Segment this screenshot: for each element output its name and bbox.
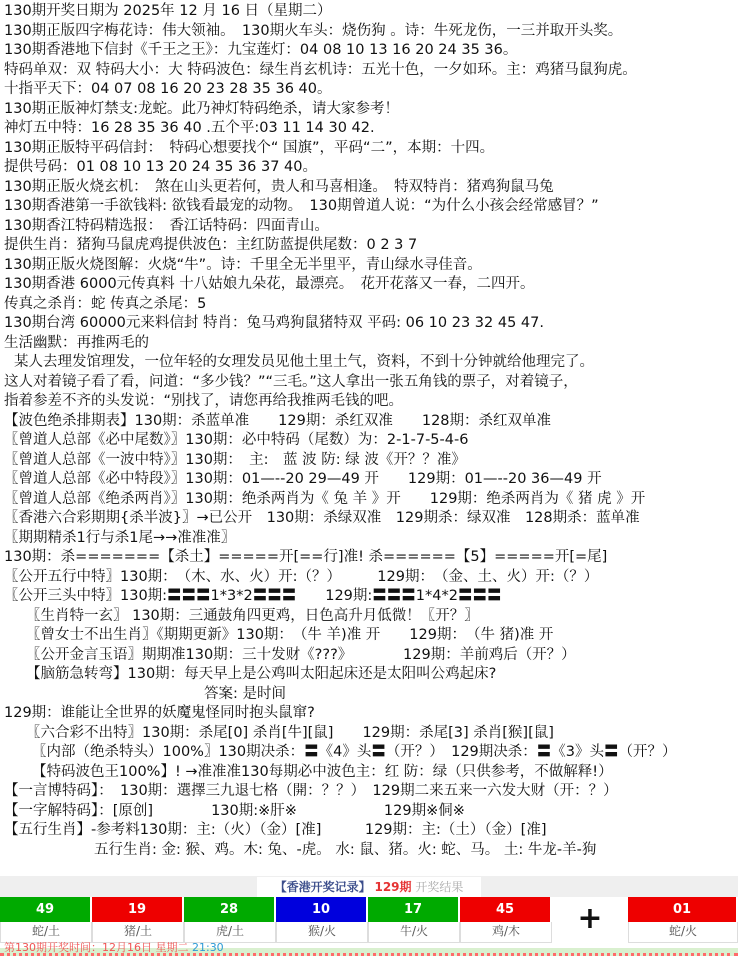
result-column: 01蛇/火 [628, 897, 738, 943]
text-line: 129期：谁能让全世界的妖魔鬼怪同时抱头鼠窜? [0, 704, 738, 724]
fax-sheet-page: 130期开奖日期为 2025年 12 月 16 日（星期二）130期正版四字梅花… [0, 0, 738, 956]
next-draw-footer: 第130期开奖时间：12月16日 星期二 21:30 [0, 948, 738, 956]
text-line: 130期：杀=======【杀土】=====开[==行]准! 杀======【5… [0, 548, 738, 568]
text-line: 指着参差不齐的头发说：“别找了，请您再给我推两毛钱的吧。 [0, 392, 738, 412]
tips-text-block: 130期开奖日期为 2025年 12 月 16 日（星期二）130期正版四字梅花… [0, 0, 738, 860]
text-line: 【一言博特码】： 130期：選擇三九退七格（開：？？） 129期二来五来一六发大… [0, 782, 738, 802]
lottery-record-band: 【香港开奖记录】 129期 开奖结果 [0, 876, 738, 897]
text-line: 〖期期精杀1行与杀1尾→→准准准〗 [0, 529, 738, 549]
text-line: 130期正版神灯禁支:龙蛇。此乃神灯特码绝杀，请大家参考！ [0, 100, 738, 120]
text-line: 【特码波色王100%】! →准准准130每期必中波色主：红 防：绿（只供参考，不… [0, 763, 738, 783]
result-zodiac-element: 虎/土 [184, 922, 276, 943]
result-zodiac-element: 猴/火 [276, 922, 368, 943]
lottery-record-header: 【香港开奖记录】 129期 开奖结果 [257, 877, 482, 898]
record-issue: 129期 [374, 880, 411, 894]
text-line: 某人去理发馆理发，一位年轻的女理发员见他土里土气，资料，不到十分钟就给他理完了。 [0, 353, 738, 373]
text-line: 五行生肖: 金: 猴、鸡。木: 兔、-虎。 水: 鼠、猪。火: 蛇、马。 土: … [0, 841, 738, 861]
result-column: 19猪/土 [92, 897, 184, 943]
result-ball-number: 01 [628, 897, 738, 922]
next-draw-text: 第130期开奖时间：12月16日 星期二 [4, 941, 192, 954]
text-line: 答案: 是时间 [0, 685, 738, 705]
result-zodiac-element: 鸡/木 [460, 922, 552, 943]
text-line: 【五行生肖】-参考料130期：主:（火）（金）[准] 129期：主:（土）（金）… [0, 821, 738, 841]
text-line: 〖公开金言玉语〗期期准130期：三十发财《???》 129期：羊前鸡后（开？） [0, 646, 738, 666]
text-line: 130期香江特码精选报： 香江话特码：四面青山。 [0, 217, 738, 237]
text-line: 130期开奖日期为 2025年 12 月 16 日（星期二） [0, 2, 738, 22]
text-line: 这人对着镜子看了看，问道：“多少钱？”“三毛。”这人拿出一张五角钱的票子，对着镜… [0, 373, 738, 393]
text-line: 130期台湾 60000元来料信封 特肖：兔马鸡狗鼠猪特双 平码: 06 10 … [0, 314, 738, 334]
text-line: 〖公开三头中特〗130期:〓〓〓1*3*2〓〓〓 129期:〓〓〓1*4*2〓〓… [0, 587, 738, 607]
result-zodiac-element: 蛇/火 [628, 922, 738, 943]
result-zodiac-element: 牛/火 [368, 922, 460, 943]
result-column: 49蛇/土 [0, 897, 92, 943]
text-line: 130期正版四字梅花诗：伟大领袖。 130期火车头：烧伤狗 。诗：牛死龙伤，一三… [0, 22, 738, 42]
text-line: 十指平天下：04 07 08 16 20 23 28 35 36 40。 [0, 80, 738, 100]
result-zodiac-element: 猪/土 [92, 922, 184, 943]
text-line: 【脑筋急转弯】130期：每天早上是公鸡叫太阳起床还是太阳叫公鸡起床? [0, 665, 738, 685]
text-line: 〖内部（绝杀特头）100%〗130期决杀：〓《4》头〓（开？） 129期决杀：〓… [0, 743, 738, 763]
plus-sign-icon: + [552, 897, 628, 943]
result-column: 28虎/土 [184, 897, 276, 943]
text-line: 130期正版火烧玄机： 煞在山头更若何，贵人和马喜相逢。 特双特肖：猪鸡狗鼠马兔 [0, 178, 738, 198]
result-ball-number: 10 [276, 897, 368, 922]
result-column-plus: + [552, 897, 628, 943]
result-column: 45鸡/木 [460, 897, 552, 943]
text-line: 神灯五中特：16 28 35 36 40 .五个平:03 11 14 30 42… [0, 119, 738, 139]
text-line: 提供号码：01 08 10 13 20 24 35 36 37 40。 [0, 158, 738, 178]
text-line: 传真之杀肖：蛇 传真之杀尾：5 [0, 295, 738, 315]
result-column: 10猴/火 [276, 897, 368, 943]
next-draw-time: 21:30 [192, 941, 224, 954]
result-ball-number: 49 [0, 897, 92, 922]
text-line: 130期香港 6000元传真料 十八姑娘九朵花，最漂亮。 花开花落又一春，二四开… [0, 275, 738, 295]
result-ball-number: 19 [92, 897, 184, 922]
text-line: 特码单双：双 特码大小：大 特码波色：绿生肖玄机诗：五光十色，一夕如环。主：鸡猪… [0, 61, 738, 81]
text-line: 〖香港六合彩期期{杀半波}〗→已公开 130期：杀绿双准 129期杀：绿双准 1… [0, 509, 738, 529]
text-line: 提供生肖：猪狗马鼠虎鸡提供波色：主红防蓝提供尾数：0 2 3 7 [0, 236, 738, 256]
text-line: 130期香港地下信封《千王之王》：九宝莲灯：04 08 10 13 16 20 … [0, 41, 738, 61]
text-line: 〖曾道人总部《一波中特》〗130期： 主: 蓝 波 防: 绿 波《开？？准》 [0, 451, 738, 471]
text-line: 130期香港第一手欲钱料: 欲钱看最宠的动物。 130期曾道人说：“为什么小孩会… [0, 197, 738, 217]
text-line: 〖曾道人总部《必中尾数》〗130期：必中特码（尾数）为：2-1-7-5-4-6 [0, 431, 738, 451]
text-line: 〖曾女士不出生肖〗《期期更新》130期： （牛 羊)准 开 129期： （牛 猪… [0, 626, 738, 646]
result-column: 17牛/火 [368, 897, 460, 943]
text-line: 生活幽默：再推两毛的 [0, 334, 738, 354]
text-line: 【波色绝杀排期表】130期：杀蓝单准 129期：杀红双准 128期：杀红双单准 [0, 412, 738, 432]
text-line: 〖生肖特一玄〗 130期：三通鼓角四更鸡，日色高升月低微！〖开？〗 [0, 607, 738, 627]
result-ball-number: 17 [368, 897, 460, 922]
text-line: 〖六合彩不出特〗130期：杀尾[0] 杀肖[牛][鼠] 129期：杀尾[3] 杀… [0, 724, 738, 744]
text-line: 〖曾道人总部《必中特段》〗130期：01—--20 29—49 开 129期：0… [0, 470, 738, 490]
result-ball-number: 28 [184, 897, 276, 922]
text-line: 130期正版火烧图解：火烧“牛”。诗：千里全无半里平，青山绿水寻佳音。 [0, 256, 738, 276]
text-line: 〖曾道人总部《绝杀两肖》〗130期：绝杀两肖为《 兔 羊 》开 129期：绝杀两… [0, 490, 738, 510]
text-line: 130期正版特平码信封： 特码心想要找个“ 国旗”，平码“二”，本期：十四。 [0, 139, 738, 159]
text-line: 【一字解特码】：[原创] 130期:※肝※ 129期※侗※ [0, 802, 738, 822]
result-ball-number: 45 [460, 897, 552, 922]
text-line: 〖公开五行中特〗130期： （木、水、火）开:（？） 129期： （金、土、火）… [0, 568, 738, 588]
record-suffix: 开奖结果 [415, 880, 463, 894]
record-title: 【香港开奖记录】 [275, 880, 371, 894]
draw-results-table: 49蛇/土19猪/土28虎/土10猴/火17牛/火45鸡/木+01蛇/火 [0, 897, 738, 945]
result-zodiac-element: 蛇/土 [0, 922, 92, 943]
